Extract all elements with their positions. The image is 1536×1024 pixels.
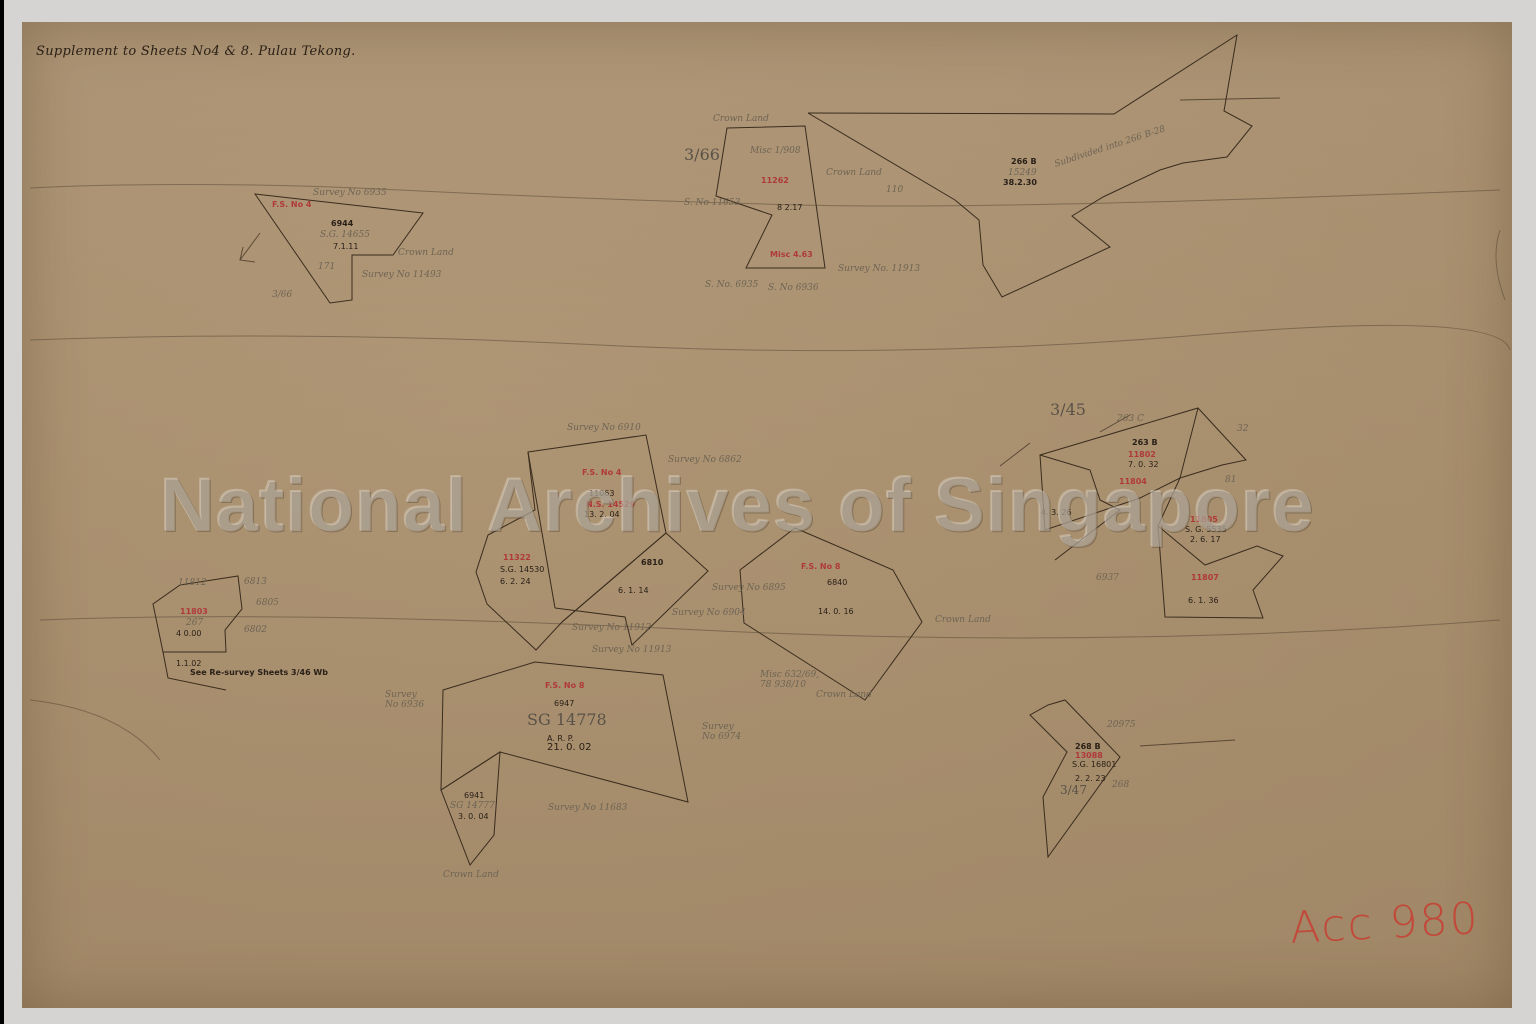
lot-6810-survey: Survey No 11912 (572, 623, 651, 633)
lot-11262-crown: Crown Land (826, 168, 882, 178)
lot-6840-misc: Misc 632/69, 78 938/10 (760, 670, 820, 690)
lot-6944-pencil: 171 (318, 262, 335, 272)
lot-6944-fraction: 3/66 (272, 290, 292, 300)
lot-6944-adjacent: Survey No 6935 (313, 188, 387, 198)
lot-11262-right: Survey No. 11913 (838, 264, 920, 274)
lot-6947-area: 21. 0. 02 (547, 742, 592, 753)
lot-6944-area: 7.1.11 (333, 242, 358, 251)
lot-11807-number: 11807 (1191, 573, 1219, 582)
lot-268-adj-1: 268 (1112, 780, 1129, 790)
lot-11262-ref: Misc 1/908 (750, 146, 801, 156)
lot-6840-area: 14. 0. 16 (818, 607, 854, 616)
lot-11262-red-note: Misc 4.63 (770, 250, 813, 259)
lot-11803-date: 1.1.02 (176, 659, 201, 668)
lot-6947-ref: F.S. No 8 (545, 681, 584, 690)
lot-6810-area: 6. 1. 14 (618, 586, 649, 595)
lot-268-area: 2. 2. 23 (1075, 774, 1106, 783)
lot-263-adj: 6937 (1096, 573, 1119, 583)
lot-6947-left: Survey No 6936 (385, 690, 427, 710)
lot-11803-sub: 267 (186, 618, 203, 628)
lot-6947-number: 6947 (554, 699, 574, 708)
lot-6840-bottom: Crown Land (816, 690, 872, 700)
lot-263-sub: 11802 (1128, 450, 1156, 459)
lot-6941-sg: SG 14777 (450, 801, 495, 811)
lot-11063-top: Survey No 6910 (567, 423, 641, 433)
lot-263-circle-32: 32 (1237, 424, 1248, 434)
lot-266-sg: 15249 (1008, 168, 1037, 178)
lot-6941-area: 3. 0. 04 (458, 812, 489, 821)
lot-268-adj-0: 20975 (1107, 720, 1136, 730)
lot-11807-area: 6. 1. 36 (1188, 596, 1219, 605)
lot-6810-number: 6810 (641, 558, 663, 567)
lot-6947-sg: SG 14778 (527, 710, 607, 729)
lot-11322-sg: S.G. 14530 (500, 565, 544, 574)
lot-11262-number: 11262 (761, 176, 789, 185)
lot-11803-adj-1: 6805 (256, 598, 279, 608)
accession-number: Acc 980 (1289, 893, 1481, 954)
lot-263-circle: 263 C (1117, 414, 1144, 424)
lot-6944-survey: Survey No 11493 (362, 270, 441, 280)
lot-268-sub: 13088 (1075, 751, 1103, 760)
lot-263-number: 263 B (1132, 438, 1158, 447)
lot-11262-bottom-left: S. No. 6935 (705, 280, 758, 290)
lot-6944-number: 6944 (331, 219, 353, 228)
lot-11262-bottom-mid: S. No 6936 (768, 283, 819, 293)
lot-11322-number: 11322 (503, 553, 531, 562)
lot-11803-adj-2: 6802 (244, 625, 267, 635)
lot-11262-area: 8 2.17 (777, 203, 802, 212)
lot-11803-adj-12: 11812 (178, 578, 207, 588)
lot-266-area: 38.2.30 (1003, 178, 1037, 187)
lot-6941-number: 6941 (464, 791, 484, 800)
lot-268-number: 268 B (1075, 742, 1101, 751)
lot-11803-note: See Re-survey Sheets 3/46 Wb (190, 668, 328, 677)
lot-6941-bottom: Crown Land (443, 870, 499, 880)
map-title: Supplement to Sheets No4 & 8. Pulau Teko… (36, 44, 356, 59)
lot-11803-area: 4 0.00 (176, 629, 201, 638)
lot-11262-left: S. No 11653 (684, 198, 740, 208)
lot-266-number: 266 B (1011, 157, 1037, 166)
lot-6944-crown: Crown Land (398, 248, 454, 258)
lot-11262-top: Crown Land (713, 114, 769, 124)
lot-6944-sg: S.G. 14655 (320, 230, 370, 240)
lot-11262-fraction: 3/66 (684, 145, 720, 164)
lot-6810-survey2: Survey No 11913 (592, 645, 671, 655)
lot-268-fraction: 3/47 (1060, 783, 1087, 797)
lot-11803-adj-0: 6813 (244, 577, 267, 587)
lot-6947-bottom: Survey No 11683 (548, 803, 627, 813)
lot-6840-survey: Survey No 6895 (712, 583, 786, 593)
lot-6947-right: Survey No 6974 (702, 722, 742, 742)
lot-11262-pencil: 110 (886, 185, 903, 195)
lot-6840-number: 6840 (827, 578, 847, 587)
archive-watermark: National Archives of Singapore (160, 462, 1315, 549)
lot-11803-number: 11803 (180, 607, 208, 616)
lot-11322-area: 6. 2. 24 (500, 577, 531, 586)
lot-6944-ref: F.S. No 4 (272, 200, 311, 209)
lot-6810-survey3: Survey No 6904 (672, 608, 746, 618)
lot-6840-ref: F.S. No 8 (801, 562, 840, 571)
lot-268-sg: S.G. 16801 (1072, 760, 1116, 769)
lot-6840-right: Crown Land (935, 615, 991, 625)
lot-263-fraction: 3/45 (1050, 400, 1086, 419)
